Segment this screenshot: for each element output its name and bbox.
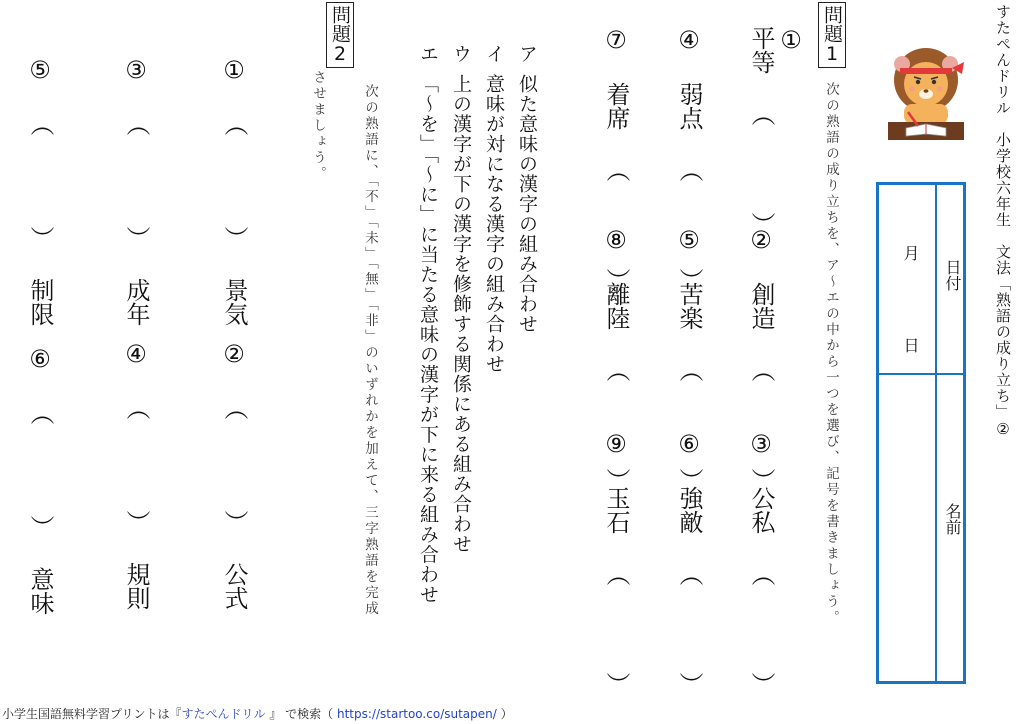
p2-item-3: ③ （ ） 成年 bbox=[121, 56, 151, 326]
item-number: ③ bbox=[747, 430, 775, 458]
item-number: ② bbox=[747, 226, 775, 254]
date-label: 日付 bbox=[941, 259, 963, 291]
choice-a: ア似た意味の漢字の組み合わせ bbox=[513, 44, 540, 334]
day-label: 日 bbox=[899, 337, 921, 353]
answer-close-paren: ） bbox=[220, 510, 248, 534]
item-number: ⑧ bbox=[602, 226, 630, 254]
month-input[interactable] bbox=[881, 205, 933, 245]
p1-item-6: ⑥ 強敵 （ ） bbox=[674, 430, 704, 696]
choice-text: 上の漢字が下の漢字を修飾する関係にある組み合わせ bbox=[450, 74, 472, 554]
answer-open-paren: （ bbox=[602, 158, 630, 182]
answer-open-paren: （ bbox=[747, 102, 775, 126]
choice-i: イ意味が対になる漢字の組み合わせ bbox=[480, 44, 507, 374]
choice-mark: ウ bbox=[450, 44, 472, 64]
item-number: ⑦ bbox=[602, 26, 630, 54]
worksheet-title: すたぺんドリル 小学校六年生 文法「熟語の成り立ち」② bbox=[992, 4, 1014, 439]
item-number: ② bbox=[220, 340, 248, 368]
answer-close-paren: ） bbox=[122, 226, 150, 250]
answer-open-paren: （ bbox=[220, 396, 248, 420]
answer-open-paren: （ bbox=[747, 562, 775, 586]
answer-open-paren: （ bbox=[26, 401, 54, 425]
answer-close-paren: ） bbox=[26, 515, 54, 539]
problem2-instruction-line1: 次の熟語に、「不」「未」「無」「非」のいずれかを加えて、三字熟語を完成 bbox=[360, 84, 380, 617]
item-number: ④ bbox=[675, 26, 703, 54]
item-word: 苦楽 bbox=[675, 282, 703, 330]
box-divider-vertical bbox=[935, 185, 937, 681]
month-label: 月 bbox=[899, 245, 921, 261]
day-input[interactable] bbox=[881, 285, 933, 335]
footer: 小学生国語無料学習プリントは『すたぺんドリル 』 で検索（ https://st… bbox=[2, 705, 513, 722]
answer-open-paren: （ bbox=[220, 112, 248, 136]
answer-open-paren: （ bbox=[747, 358, 775, 382]
item-word: 玉石 bbox=[602, 486, 630, 534]
answer-open-paren: （ bbox=[26, 112, 54, 136]
item-word: 強敵 bbox=[675, 486, 703, 534]
item-word: 離陸 bbox=[602, 282, 630, 330]
item-number: ③ bbox=[122, 56, 150, 84]
item-word: 創造 bbox=[747, 282, 775, 330]
item-number: ⑥ bbox=[26, 345, 54, 373]
name-input[interactable] bbox=[881, 379, 933, 677]
item-number: ⑥ bbox=[675, 430, 703, 458]
name-label: 名前 bbox=[941, 503, 963, 535]
choice-e: エ「〜を」「〜に」に当たる意味の漢字が下に来る組み合わせ bbox=[414, 44, 441, 605]
choice-mark: ア bbox=[516, 44, 538, 64]
p2-item-1: ① （ ） 景気 bbox=[219, 56, 249, 326]
problem1-instruction: 次の熟語の成り立ちを、ア〜エの中から一つを選び、記号を書きましょう。 bbox=[821, 82, 841, 626]
answer-open-paren: （ bbox=[675, 158, 703, 182]
answer-close-paren: ） bbox=[122, 510, 150, 534]
answer-open-paren: （ bbox=[602, 358, 630, 382]
footer-suffix: ） bbox=[497, 707, 513, 721]
choice-mark: イ bbox=[483, 44, 505, 64]
p2-item-5: ⑤ （ ） 制限 bbox=[25, 56, 55, 326]
item-word: 平等 bbox=[747, 26, 775, 74]
item-number: ⑤ bbox=[26, 56, 54, 84]
box-divider-horizontal bbox=[879, 373, 963, 375]
item-word: 成年 bbox=[122, 278, 150, 326]
answer-open-paren: （ bbox=[602, 562, 630, 586]
item-number: ⑨ bbox=[602, 430, 630, 458]
item-number: ① bbox=[220, 56, 248, 84]
footer-prefix: 小学生国語無料学習プリントは『 bbox=[2, 707, 182, 721]
p1-item-9: ⑨ 玉石 （ ） bbox=[601, 430, 631, 696]
item-word: 公式 bbox=[220, 562, 248, 610]
item-number: ① bbox=[776, 26, 806, 236]
choice-u: ウ上の漢字が下の漢字を修飾する関係にある組み合わせ bbox=[447, 44, 474, 554]
item-word: 景気 bbox=[220, 278, 248, 326]
p2-item-6: ⑥ （ ） 意味 bbox=[25, 345, 55, 615]
answer-close-paren: ） bbox=[220, 226, 248, 250]
item-word: 弱点 bbox=[675, 82, 703, 130]
item-word: 着席 bbox=[602, 82, 630, 130]
footer-url-link[interactable]: https://startoo.co/sutapen/ bbox=[337, 707, 497, 721]
choice-text: 意味が対になる漢字の組み合わせ bbox=[483, 74, 505, 374]
date-name-box: 日付 月 日 名前 bbox=[876, 182, 966, 684]
footer-middle: 』 で検索（ bbox=[266, 707, 337, 721]
p2-item-4: ④ （ ） 規則 bbox=[121, 340, 151, 610]
answer-open-paren: （ bbox=[675, 358, 703, 382]
item-word: 意味 bbox=[26, 567, 54, 615]
problem2-label: 問題2 bbox=[326, 2, 354, 68]
item-word: 公私 bbox=[747, 486, 775, 534]
item-number: ④ bbox=[122, 340, 150, 368]
p1-item-1: ① 平等 （ ） bbox=[746, 26, 806, 236]
p2-item-2: ② （ ） 公式 bbox=[219, 340, 249, 610]
item-word: 制限 bbox=[26, 278, 54, 326]
answer-open-paren: （ bbox=[122, 396, 150, 420]
problem1-label: 問題1 bbox=[818, 2, 846, 68]
item-number: ⑤ bbox=[675, 226, 703, 254]
answer-open-paren: （ bbox=[122, 112, 150, 136]
answer-close-paren: ） bbox=[602, 672, 630, 696]
answer-close-paren: ） bbox=[747, 672, 775, 696]
p1-item-3: ③ 公私 （ ） bbox=[746, 430, 776, 696]
item-word: 規則 bbox=[122, 562, 150, 610]
choice-mark: エ bbox=[417, 44, 439, 64]
choice-text: 「〜を」「〜に」に当たる意味の漢字が下に来る組み合わせ bbox=[417, 74, 439, 605]
lion-studying-icon bbox=[880, 42, 972, 146]
choice-text: 似た意味の漢字の組み合わせ bbox=[516, 74, 538, 334]
footer-brand: すたぺんドリル bbox=[182, 707, 266, 721]
problem2-instruction-line2: させましょう。 bbox=[308, 70, 328, 182]
answer-close-paren: ） bbox=[675, 672, 703, 696]
answer-close-paren: ） bbox=[26, 226, 54, 250]
answer-open-paren: （ bbox=[675, 562, 703, 586]
